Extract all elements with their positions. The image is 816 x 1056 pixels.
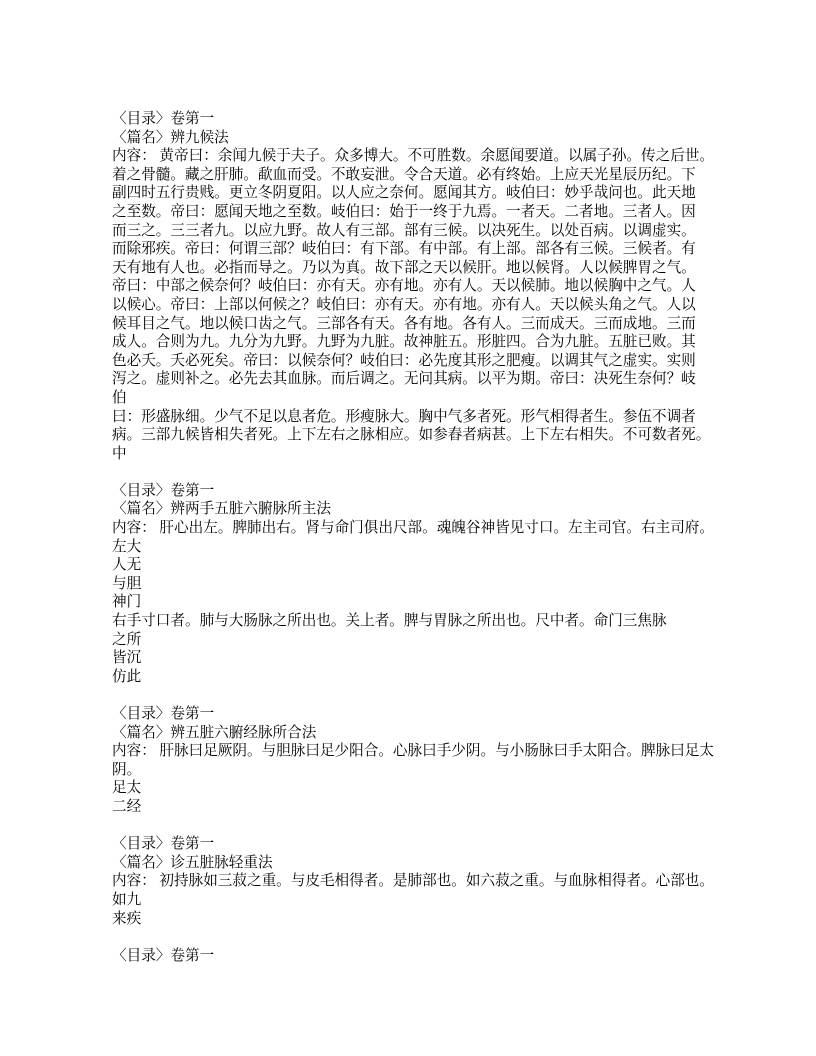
text-line: 候耳目之气。地以候口齿之气。三部各有天。各有地。各有人。三而成天。三而成地。三而 bbox=[112, 315, 712, 334]
text-line: 色必夭。夭必死矣。帝曰：以候奈何？岐伯曰：必先度其形之肥瘦。以调其气之虚实。实则 bbox=[112, 352, 712, 371]
text-line: 着之骨髓。藏之肝肺。歃血而受。不敢妄泄。令合天道。必有终始。上应天光星辰历纪。下 bbox=[112, 166, 712, 185]
text-line: 病。三部九候皆相失者死。上下左右之脉相应。如参舂者病甚。上下左右相失。不可数者死… bbox=[112, 426, 712, 445]
text-line: 右手寸口者。肺与大肠脉之所出也。关上者。脾与胃脉之所出也。尺中者。命门三焦脉 bbox=[112, 612, 712, 631]
text-line: 〈目录〉卷第一 bbox=[112, 835, 712, 854]
text-line: 左大 bbox=[112, 538, 712, 557]
text-line: 来疾 bbox=[112, 910, 712, 929]
text-line: 伯 bbox=[112, 389, 712, 408]
text-line: 〈篇名〉辨两手五脏六腑脉所主法 bbox=[112, 500, 712, 519]
text-line: 泻之。虚则补之。必先去其血脉。而后调之。无问其病。以平为期。帝曰：决死生奈何？岐 bbox=[112, 370, 712, 389]
text-line: 〈篇名〉辨五脏六腑经脉所合法 bbox=[112, 724, 712, 743]
text-line: 之所 bbox=[112, 631, 712, 650]
text-line: 以候心。帝曰：上部以何候之？岐伯曰：亦有天。亦有地。亦有人。天以候头角之气。人以 bbox=[112, 296, 712, 315]
text-line: 二经 bbox=[112, 798, 712, 817]
text-line: 成人。合则为九。九分为九野。九野为九脏。故神脏五。形脏四。合为九脏。五脏已败。其 bbox=[112, 333, 712, 352]
text-line: 帝曰：中部之候奈何？岐伯曰：亦有天。亦有地。亦有人。天以候肺。地以候胸中之气。人 bbox=[112, 277, 712, 296]
text-line: 内容： 肝脉曰足厥阴。与胆脉曰足少阳合。心脉曰手少阴。与小肠脉曰手太阳合。脾脉曰… bbox=[112, 742, 712, 761]
text-section: 〈目录〉卷第一〈篇名〉辨五脏六腑经脉所合法内容： 肝脉曰足厥阴。与胆脉曰足少阳合… bbox=[112, 705, 712, 817]
text-line: 足太 bbox=[112, 779, 712, 798]
text-line: 〈目录〉卷第一 bbox=[112, 110, 712, 129]
text-line: 而除邪疾。帝曰：何谓三部？岐伯曰：有下部。有中部。有上部。部各有三候。三候者。有 bbox=[112, 240, 712, 259]
text-section: 〈目录〉卷第一〈篇名〉辨九候法内容： 黄帝曰：余闻九候于夫子。众多博大。不可胜数… bbox=[112, 110, 712, 463]
text-line: 〈篇名〉辨九候法 bbox=[112, 129, 712, 148]
text-line: 内容： 黄帝曰：余闻九候于夫子。众多博大。不可胜数。余愿闻要道。以属子孙。传之后… bbox=[112, 147, 712, 166]
text-line: 内容： 肝心出左。脾肺出右。肾与命门俱出尺部。魂魄谷神皆见寸口。左主司官。右主司… bbox=[112, 519, 712, 538]
text-line: 如九 bbox=[112, 891, 712, 910]
text-line: 之至数。帝曰：愿闻天地之至数。岐伯曰：始于一终于九焉。一者天。二者地。三者人。因 bbox=[112, 203, 712, 222]
text-section: 〈目录〉卷第一〈篇名〉诊五脏脉轻重法内容： 初持脉如三菽之重。与皮毛相得者。是肺… bbox=[112, 835, 712, 928]
document-body: 〈目录〉卷第一〈篇名〉辨九候法内容： 黄帝曰：余闻九候于夫子。众多博大。不可胜数… bbox=[112, 110, 712, 965]
text-line: 中 bbox=[112, 445, 712, 464]
text-section: 〈目录〉卷第一 bbox=[112, 947, 712, 966]
text-line: 阴。 bbox=[112, 761, 712, 780]
text-line: 内容： 初持脉如三菽之重。与皮毛相得者。是肺部也。如六菽之重。与血脉相得者。心部… bbox=[112, 872, 712, 891]
text-section: 〈目录〉卷第一〈篇名〉辨两手五脏六腑脉所主法内容： 肝心出左。脾肺出右。肾与命门… bbox=[112, 482, 712, 687]
text-line: 副四时五行贵贱。更立冬阴夏阳。以人应之奈何。愿闻其方。岐伯曰：妙乎哉问也。此天地 bbox=[112, 184, 712, 203]
text-line: 〈目录〉卷第一 bbox=[112, 947, 712, 966]
text-line: 人无 bbox=[112, 556, 712, 575]
text-line: 〈篇名〉诊五脏脉轻重法 bbox=[112, 854, 712, 873]
text-line: 神门 bbox=[112, 593, 712, 612]
text-line: 〈目录〉卷第一 bbox=[112, 482, 712, 501]
text-line: 〈目录〉卷第一 bbox=[112, 705, 712, 724]
text-line: 仿此 bbox=[112, 668, 712, 687]
text-line: 而三之。三三者九。以应九野。故人有三部。部有三候。以决死生。以处百病。以调虚实。 bbox=[112, 222, 712, 241]
text-line: 天有地有人也。必指而导之。乃以为真。故下部之天以候肝。地以候肾。人以候脾胃之气。 bbox=[112, 259, 712, 278]
text-line: 曰：形盛脉细。少气不足以息者危。形瘦脉大。胸中气多者死。形气相得者生。参伍不调者 bbox=[112, 408, 712, 427]
text-line: 与胆 bbox=[112, 575, 712, 594]
text-line: 皆沉 bbox=[112, 649, 712, 668]
